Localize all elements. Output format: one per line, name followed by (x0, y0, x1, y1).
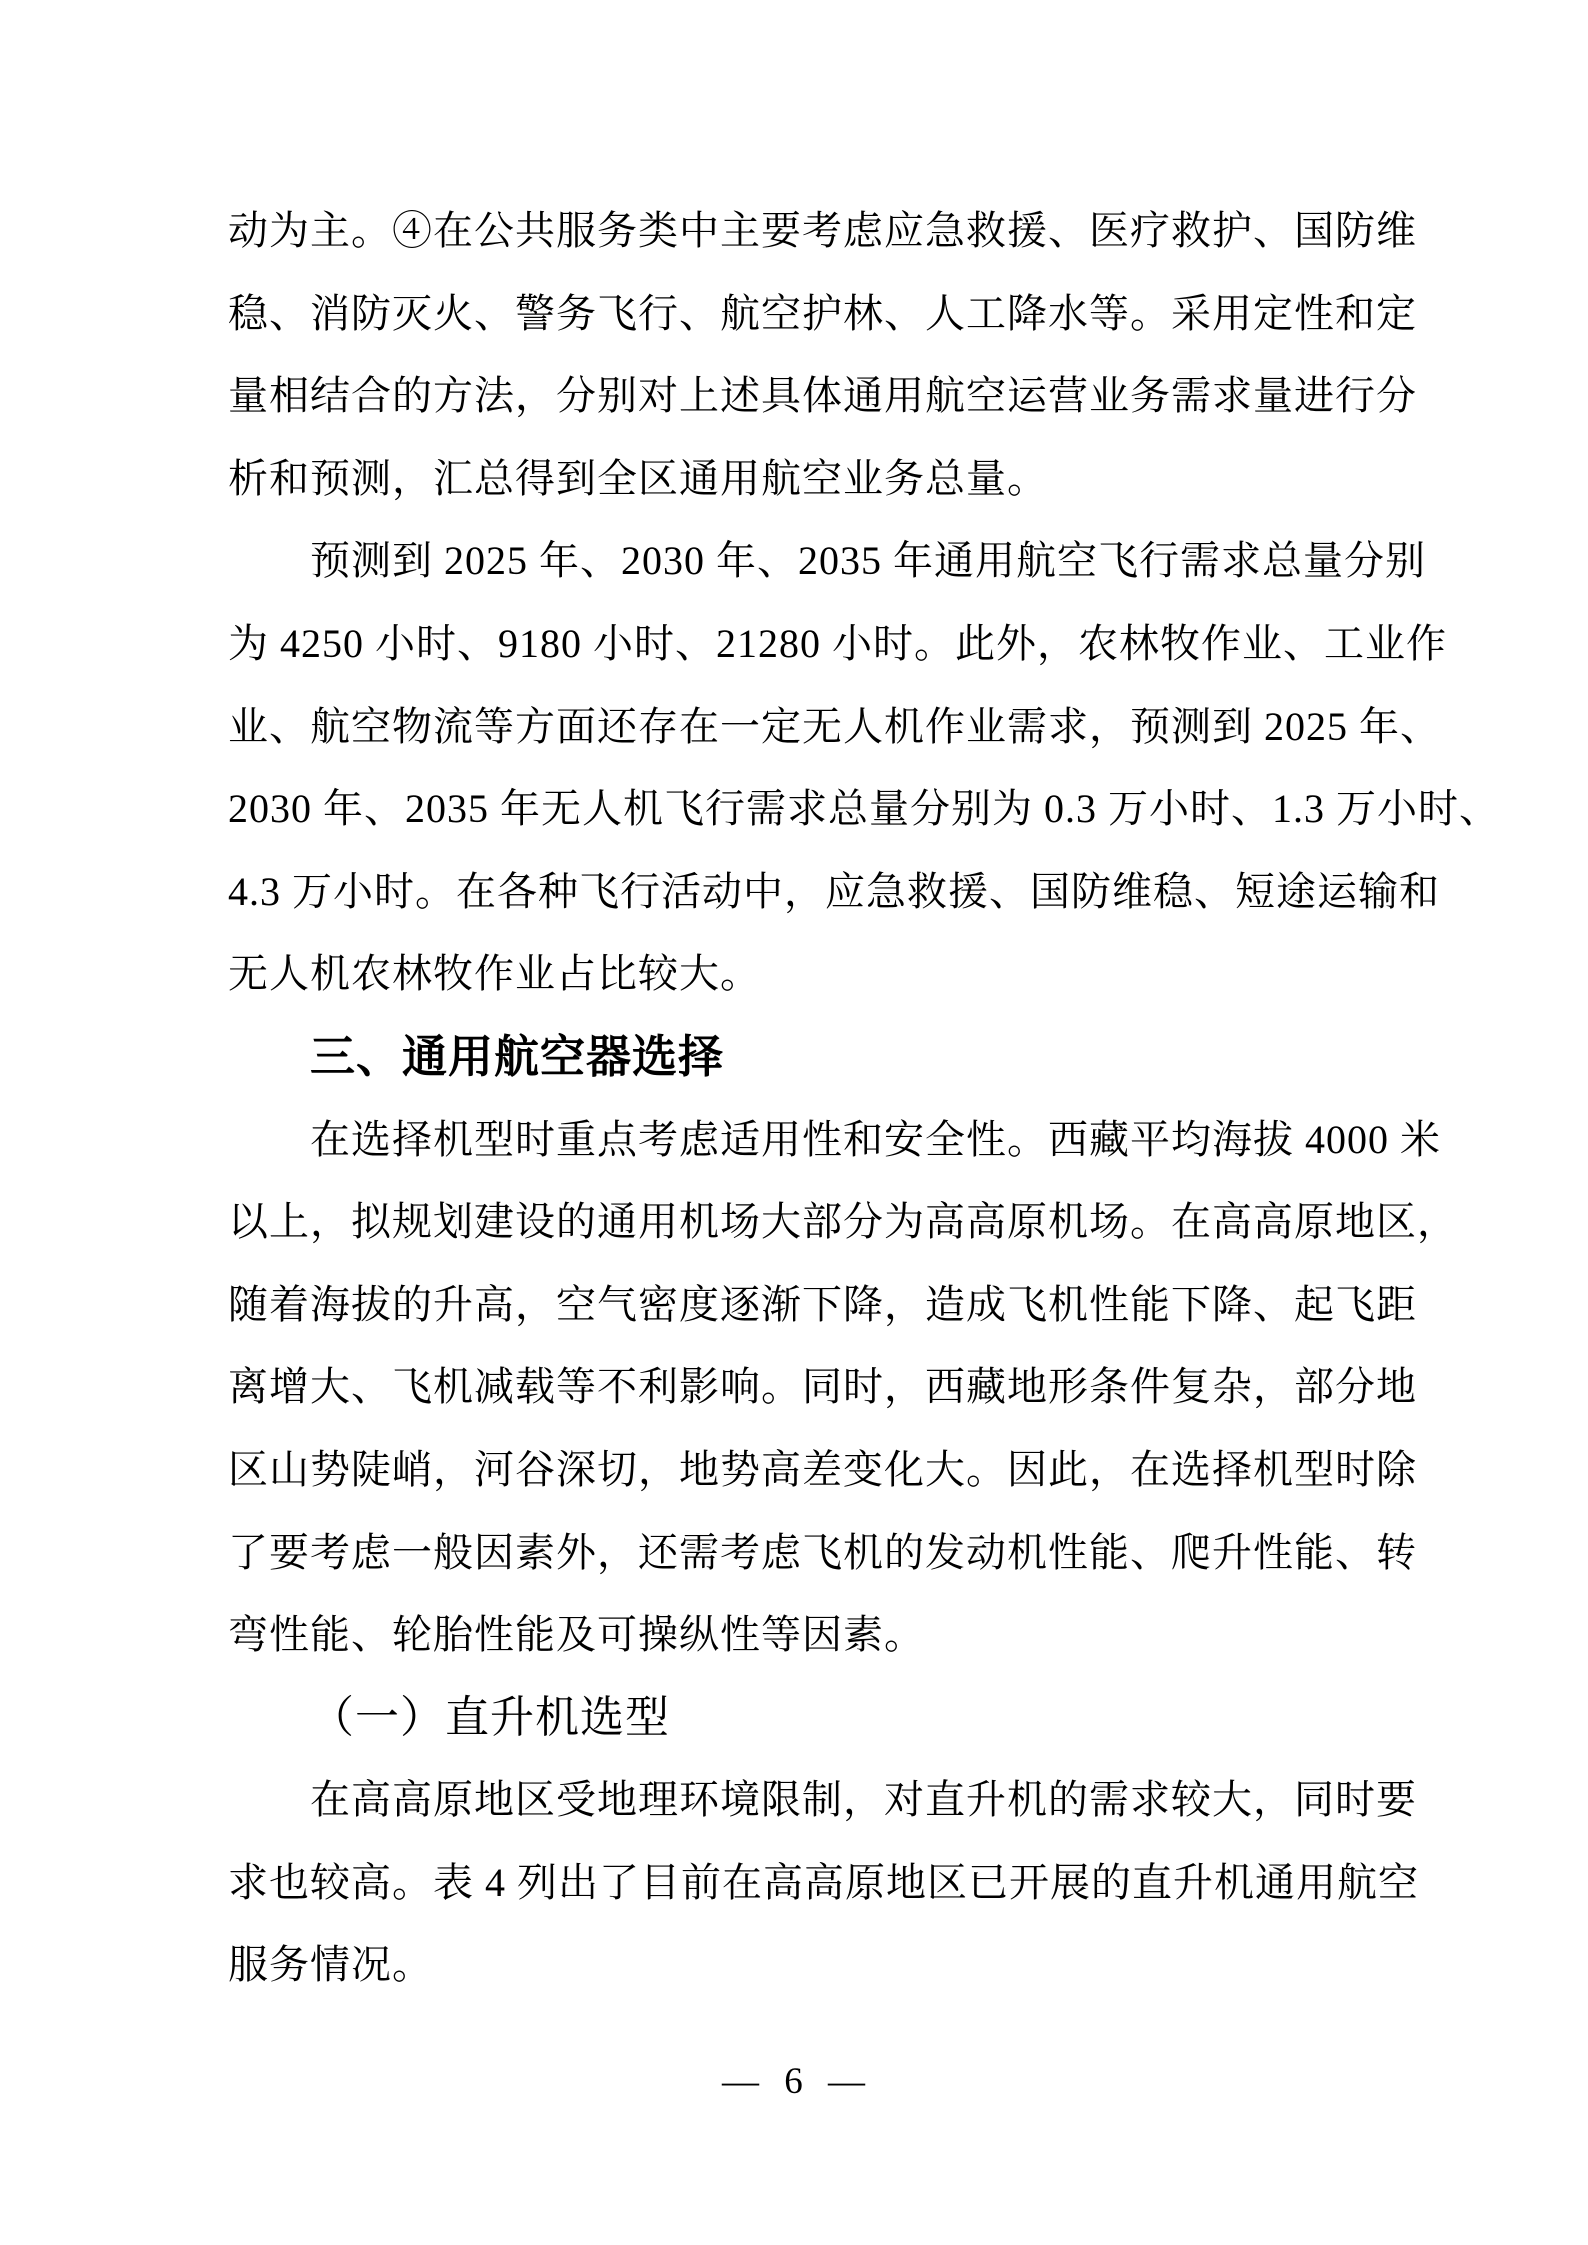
text-line: 离增大、飞机减载等不利影响。同时，西藏地形条件复杂，部分地 (228, 1346, 1410, 1429)
text-line: 无人机农林牧作业占比较大。 (228, 933, 1410, 1016)
text-line: 2030 年、2035 年无人机飞行需求总量分别为 0.3 万小时、1.3 万小… (228, 768, 1410, 851)
page-footer: — 6 — (0, 2062, 1588, 2102)
text-content: 动为主。④在公共服务类中主要考虑应急救援、医疗救护、国防维稳、消防灭火、警务飞行… (228, 190, 1410, 2007)
text-line: 求也较高。表 4 列出了目前在高高原地区已开展的直升机通用航空 (228, 1842, 1410, 1925)
text-line: 随着海拔的升高，空气密度逐渐下降，造成飞机性能下降、起飞距 (228, 1264, 1410, 1347)
text-line: 量相结合的方法，分别对上述具体通用航空运营业务需求量进行分 (228, 355, 1410, 438)
text-line: 业、航空物流等方面还存在一定无人机作业需求，预测到 2025 年、 (228, 686, 1410, 769)
subsection-heading: （一）直升机选型 (228, 1677, 1410, 1760)
text-line: 服务情况。 (228, 1924, 1410, 2007)
section-heading: 三、通用航空器选择 (228, 1016, 1410, 1099)
text-line: 动为主。④在公共服务类中主要考虑应急救援、医疗救护、国防维 (228, 190, 1410, 273)
text-line: 稳、消防灭火、警务飞行、航空护林、人工降水等。采用定性和定 (228, 273, 1410, 356)
text-line: 了要考虑一般因素外，还需考虑飞机的发动机性能、爬升性能、转 (228, 1512, 1410, 1595)
text-line: 在选择机型时重点考虑适用性和安全性。西藏平均海拔 4000 米 (228, 1099, 1410, 1182)
text-line: 以上，拟规划建设的通用机场大部分为高高原机场。在高高原地区， (228, 1181, 1410, 1264)
text-line: 4.3 万小时。在各种飞行活动中，应急救援、国防维稳、短途运输和 (228, 851, 1410, 934)
document-page: 动为主。④在公共服务类中主要考虑应急救援、医疗救护、国防维稳、消防灭火、警务飞行… (0, 0, 1588, 2245)
text-line: 为 4250 小时、9180 小时、21280 小时。此外，农林牧作业、工业作 (228, 603, 1410, 686)
text-line: 在高高原地区受地理环境限制，对直升机的需求较大，同时要 (228, 1759, 1410, 1842)
text-line: 预测到 2025 年、2030 年、2035 年通用航空飞行需求总量分别 (228, 520, 1410, 603)
text-line: 析和预测，汇总得到全区通用航空业务总量。 (228, 438, 1410, 521)
text-line: 区山势陡峭，河谷深切，地势高差变化大。因此，在选择机型时除 (228, 1429, 1410, 1512)
page-number: — 6 — (722, 2061, 866, 2102)
text-line: 弯性能、轮胎性能及可操纵性等因素。 (228, 1594, 1410, 1677)
